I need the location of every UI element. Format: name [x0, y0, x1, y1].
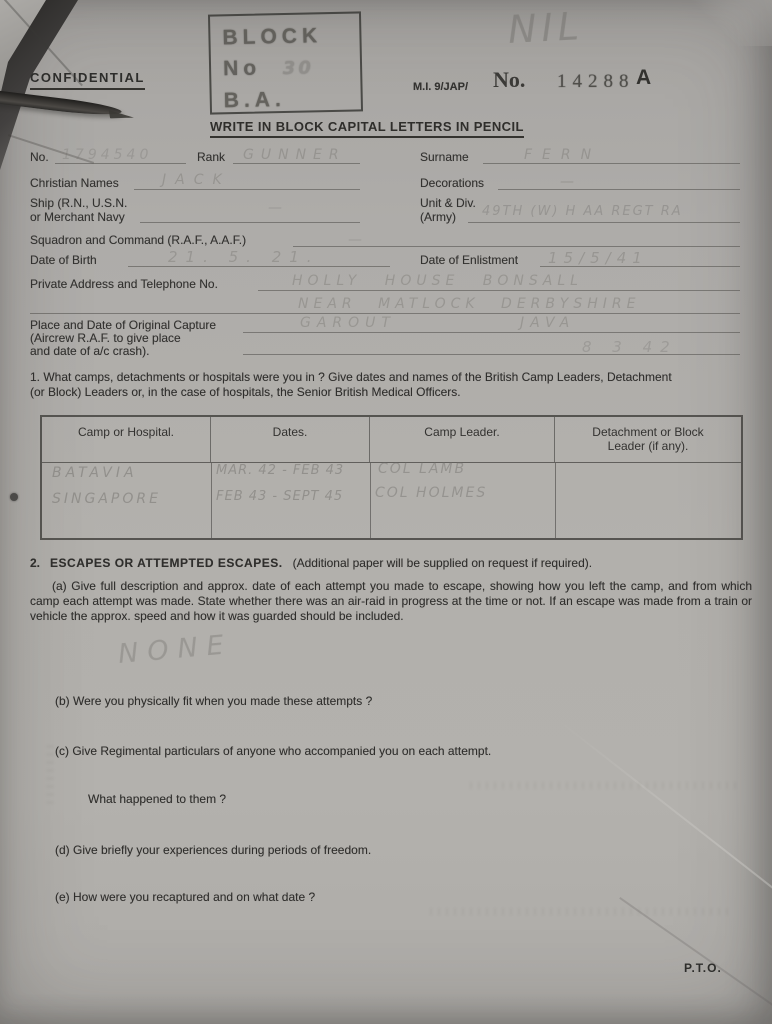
question-2b: (b) Were you physically fit when you mad…	[55, 694, 372, 709]
ink-bleedthrough-smudge	[430, 908, 730, 915]
stamp-line-ba: B.A.	[223, 82, 361, 116]
pencil-nil-annotation: NIL	[507, 4, 585, 52]
section-2-note: (Additional paper will be supplied on re…	[293, 556, 593, 570]
hw-christian-names: JACK	[162, 172, 231, 188]
serial-number: 14288	[557, 71, 635, 93]
field-label-surname: Surname	[420, 150, 469, 164]
field-label-unit-1: Unit & Div.	[420, 196, 476, 210]
hw-capture-date: 8 3 42	[582, 338, 678, 356]
table-grid-line	[211, 463, 212, 538]
ink-bleedthrough-smudge	[470, 782, 740, 789]
table-grid-line	[370, 463, 371, 538]
hw-camp-2: SINGAPORE	[52, 491, 161, 507]
instruction-heading: WRITE IN BLOCK CAPITAL LETTERS IN PENCIL	[210, 119, 524, 138]
hw-leader-2: COL HOLMES	[375, 485, 487, 501]
series-letter: A	[636, 66, 651, 90]
field-line	[128, 266, 390, 267]
field-label-ship-1: Ship (R.N., U.S.N.	[30, 196, 127, 210]
field-line	[258, 290, 740, 291]
field-label-unit-2: (Army)	[420, 210, 456, 224]
section-2-heading: 2. ESCAPES OR ATTEMPTED ESCAPES. (Additi…	[30, 556, 750, 571]
ink-bleedthrough-smudge	[47, 746, 54, 806]
corner-fold-highlight	[682, 0, 772, 46]
field-label-capture-1: Place and Date of Original Capture	[30, 318, 216, 332]
question-2a: (a) Give full description and approx. da…	[30, 579, 752, 624]
field-label-capture-2: (Aircrew R.A.F. to give place	[30, 331, 181, 345]
field-label-squadron: Squadron and Command (R.A.F., A.A.F.)	[30, 233, 246, 247]
scanned-pow-form-page: CONFIDENTIAL BLOCK No 30 B.A. NIL M.I. 9…	[0, 0, 772, 1024]
col-header-detachment: Detachment or Block Leader (if any).	[555, 417, 741, 462]
hw-capture-place-2: JAVA	[520, 315, 575, 331]
serial-no-label: No.	[493, 67, 525, 93]
pto-footer: P.T.O.	[684, 961, 722, 975]
hw-enlistment: 15/5/41	[548, 249, 648, 267]
hw-camp-1: BATAVIA	[52, 465, 138, 481]
camps-table-header-row: Camp or Hospital. Dates. Camp Leader. De…	[42, 417, 741, 463]
field-line	[30, 313, 740, 314]
hw-surname: FERN	[524, 147, 601, 163]
confidential-marking: CONFIDENTIAL	[30, 70, 145, 90]
hw-address-1: HOLLY HOUSE BONSALL	[292, 273, 583, 289]
section-2-title: ESCAPES OR ATTEMPTED ESCAPES.	[50, 556, 283, 570]
field-label-dob: Date of Birth	[30, 253, 97, 267]
field-label-no: No.	[30, 150, 49, 164]
field-line	[483, 163, 740, 164]
field-line	[498, 189, 740, 190]
field-label-capture-3: and date of a/c crash).	[30, 344, 149, 358]
camps-table: Camp or Hospital. Dates. Camp Leader. De…	[40, 415, 743, 540]
hw-leader-1: COL LAMB	[378, 461, 466, 477]
hw-capture-place: GAROUT	[300, 315, 396, 331]
col-header-leader: Camp Leader.	[370, 417, 555, 462]
hw-squadron: —	[348, 232, 365, 248]
field-label-address: Private Address and Telephone No.	[30, 277, 218, 291]
hw-service-no: 1794540	[62, 147, 152, 163]
field-label-rank: Rank	[197, 150, 225, 164]
question-1-line2: (or Block) Leaders or, in the case of ho…	[30, 385, 750, 400]
hw-rank: GUNNER	[243, 147, 346, 163]
question-2c-followup: What happened to them ?	[88, 792, 226, 807]
stamp-no-value: 30	[283, 57, 314, 79]
table-grid-line	[555, 463, 556, 538]
hw-answer-none: NONE	[117, 629, 234, 670]
field-label-christian-names: Christian Names	[30, 176, 119, 190]
question-2e: (e) How were you recaptured and on what …	[55, 890, 315, 905]
binding-string	[0, 90, 122, 119]
field-label-enlistment: Date of Enlistment	[420, 253, 518, 267]
stamp-line-no: No 30	[223, 50, 361, 85]
field-line	[468, 222, 740, 223]
hw-dob: 21. 5. 21.	[168, 248, 320, 266]
hole-punch-mark	[10, 493, 18, 501]
field-label-decorations: Decorations	[420, 176, 484, 190]
block-number-stamp: BLOCK No 30 B.A.	[208, 11, 363, 114]
form-reference: M.I. 9/JAP/	[413, 80, 468, 94]
hw-unit: 49TH (W) H AA REGT RA	[482, 204, 683, 219]
hw-dates-2: FEB 43 - SEPT 45	[216, 489, 343, 504]
question-2d: (d) Give briefly your experiences during…	[55, 843, 371, 858]
field-line	[243, 332, 740, 333]
field-line	[140, 222, 360, 223]
stamp-no-label: No	[223, 57, 261, 81]
field-line	[233, 163, 360, 164]
stamp-line-block: BLOCK	[222, 19, 360, 53]
field-line	[55, 163, 186, 164]
hw-dates-1: MAR. 42 - FEB 43	[216, 463, 344, 478]
question-2c: (c) Give Regimental particulars of anyon…	[55, 744, 491, 759]
hw-address-2: NEAR MATLOCK DERBYSHIRE	[298, 296, 640, 312]
field-line	[134, 189, 360, 190]
col-header-camp: Camp or Hospital.	[42, 417, 211, 462]
section-2-number: 2.	[30, 556, 40, 570]
question-1-line1: 1. What camps, detachments or hospitals …	[30, 370, 750, 385]
hw-ship: —	[268, 200, 285, 216]
col-header-dates: Dates.	[211, 417, 370, 462]
field-label-ship-2: or Merchant Navy	[30, 210, 125, 224]
hw-decorations: —	[560, 174, 577, 190]
